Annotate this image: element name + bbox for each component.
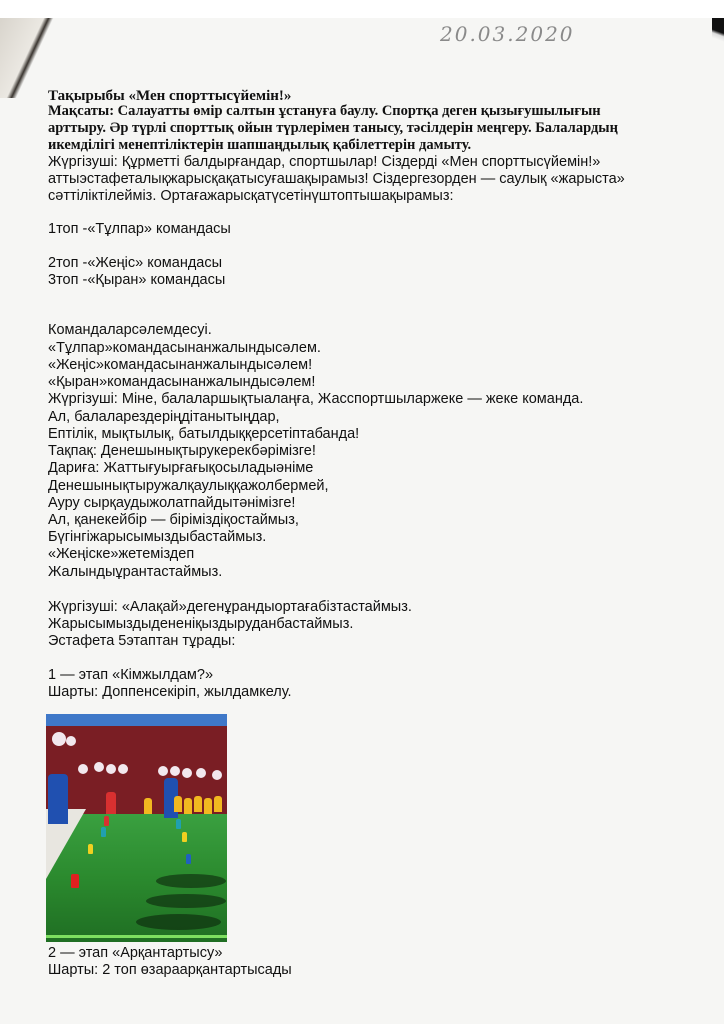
stage-1-rules: Шарты: Доппенсекіріп, жылдамкелу. bbox=[48, 684, 292, 701]
intro-line: Жүргізуші: Құрметті балдырғандар, спортш… bbox=[48, 154, 600, 171]
greeting-line: Бүгінгіжарысымыздыбастаймыз. bbox=[48, 529, 266, 546]
greeting-line: Денешынықтыружалқаулыққажолбермей, bbox=[48, 478, 329, 495]
start-line: Эстафета 5этаптан тұрады: bbox=[48, 633, 235, 650]
greeting-line: Ал, қанекейбір — біріміздіқостаймыз, bbox=[48, 512, 299, 529]
goal-line: арттыру. Әр түрлі спорттық ойын түрлерім… bbox=[48, 120, 698, 137]
intro-line: аттыэстафеталықжарысқақатысуғашақырамыз!… bbox=[48, 171, 625, 188]
team-3: 3топ -«Қыран» командасы bbox=[48, 272, 225, 289]
team-1: 1топ -«Тұлпар» командасы bbox=[48, 221, 231, 238]
handwritten-date: 20.03.2020 bbox=[440, 22, 575, 46]
greeting-line: Дариға: Жаттығуырғағықосыладыәніме bbox=[48, 460, 313, 477]
greeting-line: «Жеңіске»жетеміздеп bbox=[48, 546, 194, 563]
stage-1-title: 1 — этап «Кімжылдам?» bbox=[48, 667, 213, 684]
page-fold-shadow bbox=[0, 18, 60, 98]
greeting-line: Ал, балаларездеріңдітанытыңдар, bbox=[48, 409, 280, 426]
greeting-line: Ептілік, мықтылық, батылдыққерсетіптабан… bbox=[48, 426, 359, 443]
start-line: Жүргізуші: «Алақай»дегенұрандыортағабізт… bbox=[48, 599, 412, 616]
greeting-line: Тақпақ: Денешынықтырукерекбәрімізге! bbox=[48, 443, 316, 460]
goal-line: Мақсаты: Салауатты өмір салтын ұстануға … bbox=[48, 103, 698, 120]
team-2: 2топ -«Жеңіс» командасы bbox=[48, 255, 222, 272]
greeting-line: «Жеңіс»командасынанжалындысәлем! bbox=[48, 357, 312, 374]
stage-2-title: 2 — этап «Арқантартысу» bbox=[48, 945, 222, 962]
start-line: Жарысымыздыдененіқыздыруданбастаймыз. bbox=[48, 616, 353, 633]
greeting-line: «Қыран»командасынанжалындысәлем! bbox=[48, 374, 315, 391]
goal-paragraph: Мақсаты: Салауатты өмір салтын ұстануға … bbox=[48, 103, 698, 154]
greeting-line: Жалындыұрантастаймыз. bbox=[48, 564, 222, 581]
greeting-line: Ауру сырқаудыжолатпайдытәнімізге! bbox=[48, 495, 295, 512]
greeting-line: Командаларсәлемдесуі. bbox=[48, 322, 212, 339]
goal-line: икемділігі менептіліктерін шапшаңдылық қ… bbox=[48, 137, 698, 154]
stage-2-rules: Шарты: 2 топ өзараарқантартысады bbox=[48, 962, 292, 979]
page-corner-shadow bbox=[712, 18, 724, 48]
scan-top-margin bbox=[0, 0, 724, 18]
greeting-line: Жүргізуші: Міне, балаларшықтыалаңға, Жас… bbox=[48, 391, 583, 408]
intro-line: сәттіліктілейміз. Ортағажарысқатүсетінүш… bbox=[48, 188, 454, 205]
greeting-line: «Тұлпар»командасынанжалындысәлем. bbox=[48, 340, 321, 357]
relay-race-photo bbox=[46, 714, 227, 942]
